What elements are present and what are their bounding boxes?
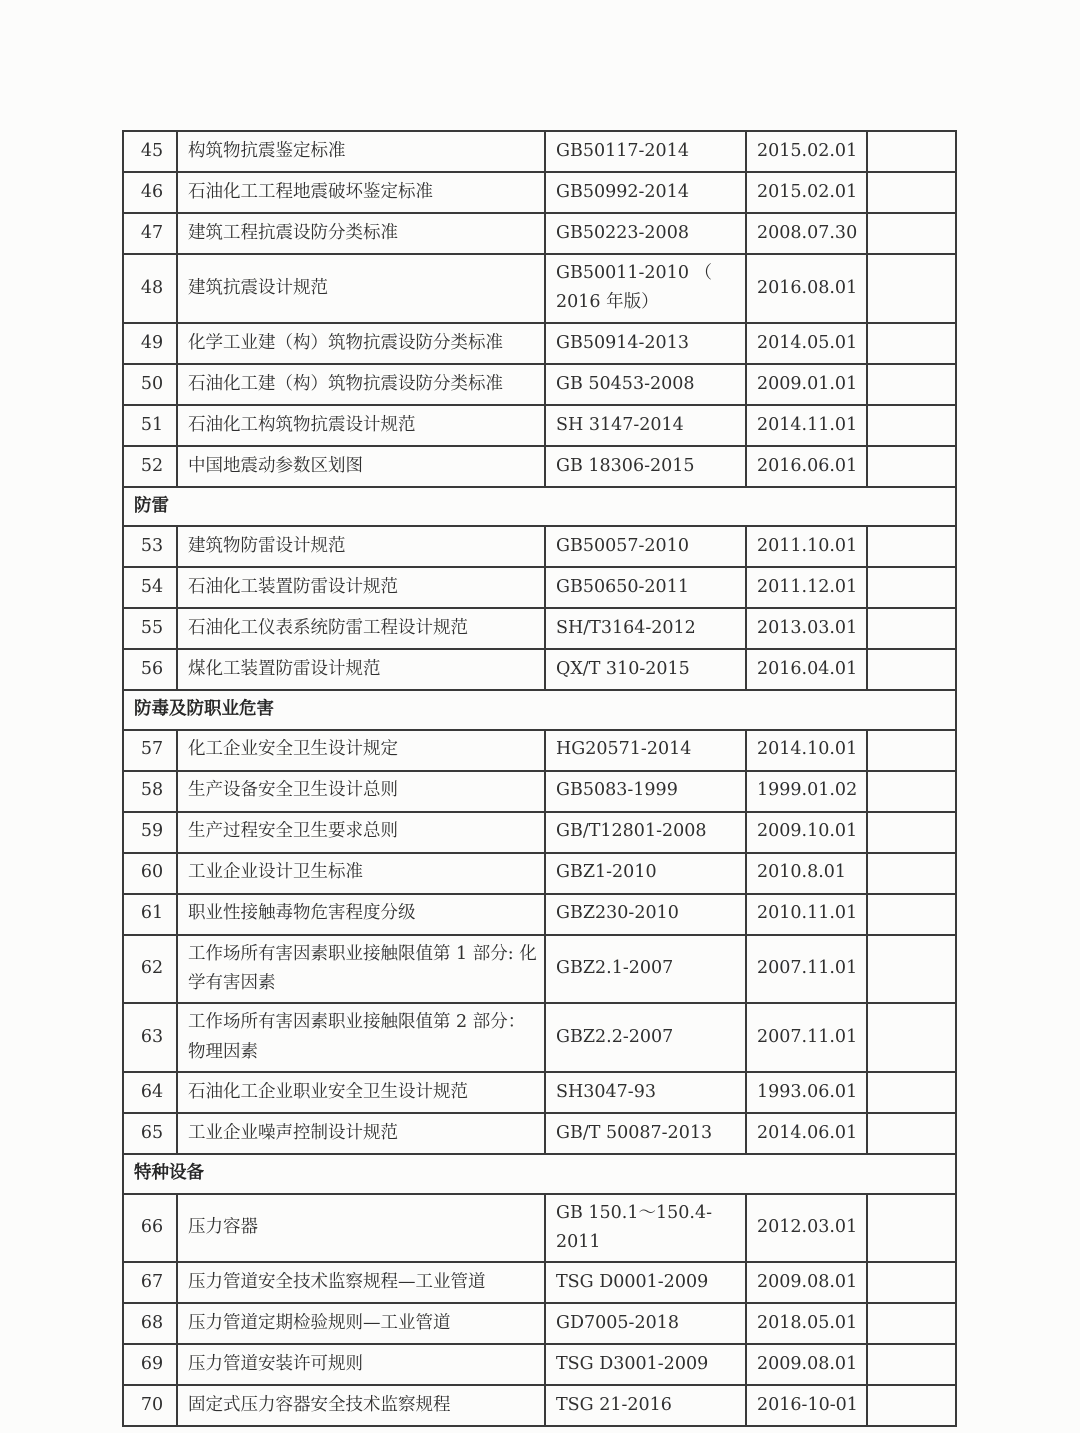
remark-cell: [867, 730, 956, 771]
effective-date-cell: 2011.12.01: [746, 567, 867, 608]
standard-code-cell: HG20571-2014: [545, 730, 746, 771]
section-label: 防雷: [123, 487, 956, 526]
effective-date-cell: 2014.11.01: [746, 405, 867, 446]
standard-code-cell: GB50117-2014: [545, 131, 746, 172]
effective-date-cell: 1999.01.02: [746, 771, 867, 812]
standard-name-cell: 石油化工仪表系统防雷工程设计规范: [177, 608, 545, 649]
effective-date-cell: 2016.08.01: [746, 254, 867, 323]
effective-date-cell: 2015.02.01: [746, 131, 867, 172]
standard-code-cell: GB50011-2010 （ 2016 年版）: [545, 254, 746, 323]
standard-name-cell: 石油化工工程地震破坏鉴定标准: [177, 172, 545, 213]
table-row: 49化学工业建（构）筑物抗震设防分类标准GB50914-20132014.05.…: [123, 323, 956, 364]
standard-name-cell: 化学工业建（构）筑物抗震设防分类标准: [177, 323, 545, 364]
standard-code-cell: GB 18306-2015: [545, 446, 746, 487]
remark-cell: [867, 172, 956, 213]
effective-date-cell: 2015.02.01: [746, 172, 867, 213]
effective-date-cell: 2013.03.01: [746, 608, 867, 649]
standard-code-cell: GB/T 50087-2013: [545, 1113, 746, 1154]
table-row: 66压力容器GB 150.1～150.4-20112012.03.01: [123, 1194, 956, 1263]
standard-code-cell: QX/T 310-2015: [545, 649, 746, 690]
effective-date-cell: 2009.08.01: [746, 1344, 867, 1385]
remark-cell: [867, 894, 956, 935]
remark-cell: [867, 1194, 956, 1263]
standard-code-cell: TSG 21-2016: [545, 1385, 746, 1426]
remark-cell: [867, 364, 956, 405]
remark-cell: [867, 1385, 956, 1426]
section-label: 防毒及防职业危害: [123, 690, 956, 729]
document-page: 45构筑物抗震鉴定标准GB50117-20142015.02.0146石油化工工…: [0, 0, 1080, 1433]
standard-name-cell: 工作场所有害因素职业接触限值第 1 部分: 化学有害因素: [177, 935, 545, 1004]
table-row: 45构筑物抗震鉴定标准GB50117-20142015.02.01: [123, 131, 956, 172]
remark-cell: [867, 567, 956, 608]
table-row: 68压力管道定期检验规则—工业管道GD7005-20182018.05.01: [123, 1303, 956, 1344]
standard-code-cell: GBZ2.1-2007: [545, 935, 746, 1004]
row-number-cell: 66: [123, 1194, 177, 1263]
row-number-cell: 64: [123, 1072, 177, 1113]
table-row: 69压力管道安装许可规则TSG D3001-20092009.08.01: [123, 1344, 956, 1385]
section-header-row: 特种设备: [123, 1154, 956, 1193]
standard-code-cell: TSG D0001-2009: [545, 1262, 746, 1303]
table-row: 61职业性接触毒物危害程度分级GBZ230-20102010.11.01: [123, 894, 956, 935]
standard-code-cell: GB 50453-2008: [545, 364, 746, 405]
remark-cell: [867, 254, 956, 323]
row-number-cell: 55: [123, 608, 177, 649]
effective-date-cell: 2009.10.01: [746, 812, 867, 853]
standard-name-cell: 工业企业噪声控制设计规范: [177, 1113, 545, 1154]
remark-cell: [867, 608, 956, 649]
remark-cell: [867, 446, 956, 487]
standard-name-cell: 建筑物防雷设计规范: [177, 526, 545, 567]
standard-code-cell: SH 3147-2014: [545, 405, 746, 446]
standards-table: 45构筑物抗震鉴定标准GB50117-20142015.02.0146石油化工工…: [122, 130, 957, 1427]
effective-date-cell: 2010.8.01: [746, 853, 867, 894]
standard-name-cell: 建筑工程抗震设防分类标准: [177, 213, 545, 254]
effective-date-cell: 2016.06.01: [746, 446, 867, 487]
row-number-cell: 61: [123, 894, 177, 935]
effective-date-cell: 2009.01.01: [746, 364, 867, 405]
standard-name-cell: 固定式压力容器安全技术监察规程: [177, 1385, 545, 1426]
table-row: 47建筑工程抗震设防分类标准GB50223-20082008.07.30: [123, 213, 956, 254]
effective-date-cell: 2018.05.01: [746, 1303, 867, 1344]
standard-name-cell: 石油化工企业职业安全卫生设计规范: [177, 1072, 545, 1113]
row-number-cell: 50: [123, 364, 177, 405]
table-row: 46石油化工工程地震破坏鉴定标准GB50992-20142015.02.01: [123, 172, 956, 213]
row-number-cell: 70: [123, 1385, 177, 1426]
row-number-cell: 65: [123, 1113, 177, 1154]
standard-name-cell: 压力管道定期检验规则—工业管道: [177, 1303, 545, 1344]
row-number-cell: 51: [123, 405, 177, 446]
effective-date-cell: 2012.03.01: [746, 1194, 867, 1263]
table-row: 57化工企业安全卫生设计规定HG20571-20142014.10.01: [123, 730, 956, 771]
row-number-cell: 69: [123, 1344, 177, 1385]
remark-cell: [867, 935, 956, 1004]
standard-name-cell: 石油化工装置防雷设计规范: [177, 567, 545, 608]
effective-date-cell: 2009.08.01: [746, 1262, 867, 1303]
standard-name-cell: 构筑物抗震鉴定标准: [177, 131, 545, 172]
table-row: 65工业企业噪声控制设计规范GB/T 50087-20132014.06.01: [123, 1113, 956, 1154]
table-row: 60工业企业设计卫生标准GBZ1-20102010.8.01: [123, 853, 956, 894]
standard-name-cell: 建筑抗震设计规范: [177, 254, 545, 323]
standard-name-cell: 石油化工构筑物抗震设计规范: [177, 405, 545, 446]
effective-date-cell: 1993.06.01: [746, 1072, 867, 1113]
standard-name-cell: 压力容器: [177, 1194, 545, 1263]
remark-cell: [867, 649, 956, 690]
remark-cell: [867, 812, 956, 853]
remark-cell: [867, 213, 956, 254]
remark-cell: [867, 1303, 956, 1344]
standard-name-cell: 化工企业安全卫生设计规定: [177, 730, 545, 771]
effective-date-cell: 2011.10.01: [746, 526, 867, 567]
table-row: 48建筑抗震设计规范GB50011-2010 （ 2016 年版）2016.08…: [123, 254, 956, 323]
remark-cell: [867, 1113, 956, 1154]
standard-name-cell: 压力管道安全技术监察规程—工业管道: [177, 1262, 545, 1303]
row-number-cell: 63: [123, 1003, 177, 1072]
remark-cell: [867, 1344, 956, 1385]
standard-code-cell: GB50650-2011: [545, 567, 746, 608]
remark-cell: [867, 1262, 956, 1303]
table-row: 63工作场所有害因素职业接触限值第 2 部分：物理因素GBZ2.2-200720…: [123, 1003, 956, 1072]
section-label: 特种设备: [123, 1154, 956, 1193]
row-number-cell: 62: [123, 935, 177, 1004]
standard-name-cell: 煤化工装置防雷设计规范: [177, 649, 545, 690]
standard-code-cell: GD7005-2018: [545, 1303, 746, 1344]
row-number-cell: 56: [123, 649, 177, 690]
row-number-cell: 46: [123, 172, 177, 213]
section-header-row: 防雷: [123, 487, 956, 526]
table-row: 50石油化工建（构）筑物抗震设防分类标准GB 50453-20082009.01…: [123, 364, 956, 405]
standard-code-cell: SH3047-93: [545, 1072, 746, 1113]
table-row: 52中国地震动参数区划图GB 18306-20152016.06.01: [123, 446, 956, 487]
remark-cell: [867, 771, 956, 812]
standard-name-cell: 石油化工建（构）筑物抗震设防分类标准: [177, 364, 545, 405]
row-number-cell: 45: [123, 131, 177, 172]
standard-code-cell: GBZ1-2010: [545, 853, 746, 894]
remark-cell: [867, 526, 956, 567]
row-number-cell: 58: [123, 771, 177, 812]
standard-name-cell: 生产过程安全卫生要求总则: [177, 812, 545, 853]
effective-date-cell: 2007.11.01: [746, 935, 867, 1004]
table-row: 67压力管道安全技术监察规程—工业管道TSG D0001-20092009.08…: [123, 1262, 956, 1303]
effective-date-cell: 2007.11.01: [746, 1003, 867, 1072]
remark-cell: [867, 1072, 956, 1113]
effective-date-cell: 2014.06.01: [746, 1113, 867, 1154]
row-number-cell: 59: [123, 812, 177, 853]
row-number-cell: 47: [123, 213, 177, 254]
standards-table-body: 45构筑物抗震鉴定标准GB50117-20142015.02.0146石油化工工…: [123, 131, 956, 1426]
table-row: 56煤化工装置防雷设计规范QX/T 310-20152016.04.01: [123, 649, 956, 690]
standard-code-cell: GB50914-2013: [545, 323, 746, 364]
row-number-cell: 68: [123, 1303, 177, 1344]
standard-name-cell: 压力管道安装许可规则: [177, 1344, 545, 1385]
row-number-cell: 67: [123, 1262, 177, 1303]
standard-code-cell: GB/T12801-2008: [545, 812, 746, 853]
standard-code-cell: GB50992-2014: [545, 172, 746, 213]
row-number-cell: 57: [123, 730, 177, 771]
row-number-cell: 53: [123, 526, 177, 567]
table-row: 53建筑物防雷设计规范GB50057-20102011.10.01: [123, 526, 956, 567]
row-number-cell: 60: [123, 853, 177, 894]
table-row: 55石油化工仪表系统防雷工程设计规范SH/T3164-20122013.03.0…: [123, 608, 956, 649]
standard-name-cell: 生产设备安全卫生设计总则: [177, 771, 545, 812]
row-number-cell: 49: [123, 323, 177, 364]
effective-date-cell: 2008.07.30: [746, 213, 867, 254]
standard-name-cell: 中国地震动参数区划图: [177, 446, 545, 487]
row-number-cell: 54: [123, 567, 177, 608]
standard-name-cell: 职业性接触毒物危害程度分级: [177, 894, 545, 935]
table-row: 58生产设备安全卫生设计总则GB5083-19991999.01.02: [123, 771, 956, 812]
standard-code-cell: GBZ2.2-2007: [545, 1003, 746, 1072]
remark-cell: [867, 1003, 956, 1072]
standard-code-cell: GB 150.1～150.4-2011: [545, 1194, 746, 1263]
table-row: 64石油化工企业职业安全卫生设计规范SH3047-931993.06.01: [123, 1072, 956, 1113]
row-number-cell: 52: [123, 446, 177, 487]
standard-code-cell: GBZ230-2010: [545, 894, 746, 935]
standard-name-cell: 工业企业设计卫生标准: [177, 853, 545, 894]
remark-cell: [867, 131, 956, 172]
effective-date-cell: 2016-10-01: [746, 1385, 867, 1426]
table-row: 54石油化工装置防雷设计规范GB50650-20112011.12.01: [123, 567, 956, 608]
table-row: 59生产过程安全卫生要求总则GB/T12801-20082009.10.01: [123, 812, 956, 853]
table-row: 70固定式压力容器安全技术监察规程TSG 21-20162016-10-01: [123, 1385, 956, 1426]
standard-name-cell: 工作场所有害因素职业接触限值第 2 部分：物理因素: [177, 1003, 545, 1072]
standard-code-cell: SH/T3164-2012: [545, 608, 746, 649]
table-row: 62工作场所有害因素职业接触限值第 1 部分: 化学有害因素GBZ2.1-200…: [123, 935, 956, 1004]
standard-code-cell: GB50057-2010: [545, 526, 746, 567]
remark-cell: [867, 853, 956, 894]
standard-code-cell: GB5083-1999: [545, 771, 746, 812]
remark-cell: [867, 323, 956, 364]
effective-date-cell: 2010.11.01: [746, 894, 867, 935]
remark-cell: [867, 405, 956, 446]
standard-code-cell: TSG D3001-2009: [545, 1344, 746, 1385]
table-row: 51石油化工构筑物抗震设计规范SH 3147-20142014.11.01: [123, 405, 956, 446]
effective-date-cell: 2016.04.01: [746, 649, 867, 690]
effective-date-cell: 2014.10.01: [746, 730, 867, 771]
effective-date-cell: 2014.05.01: [746, 323, 867, 364]
row-number-cell: 48: [123, 254, 177, 323]
section-header-row: 防毒及防职业危害: [123, 690, 956, 729]
standard-code-cell: GB50223-2008: [545, 213, 746, 254]
